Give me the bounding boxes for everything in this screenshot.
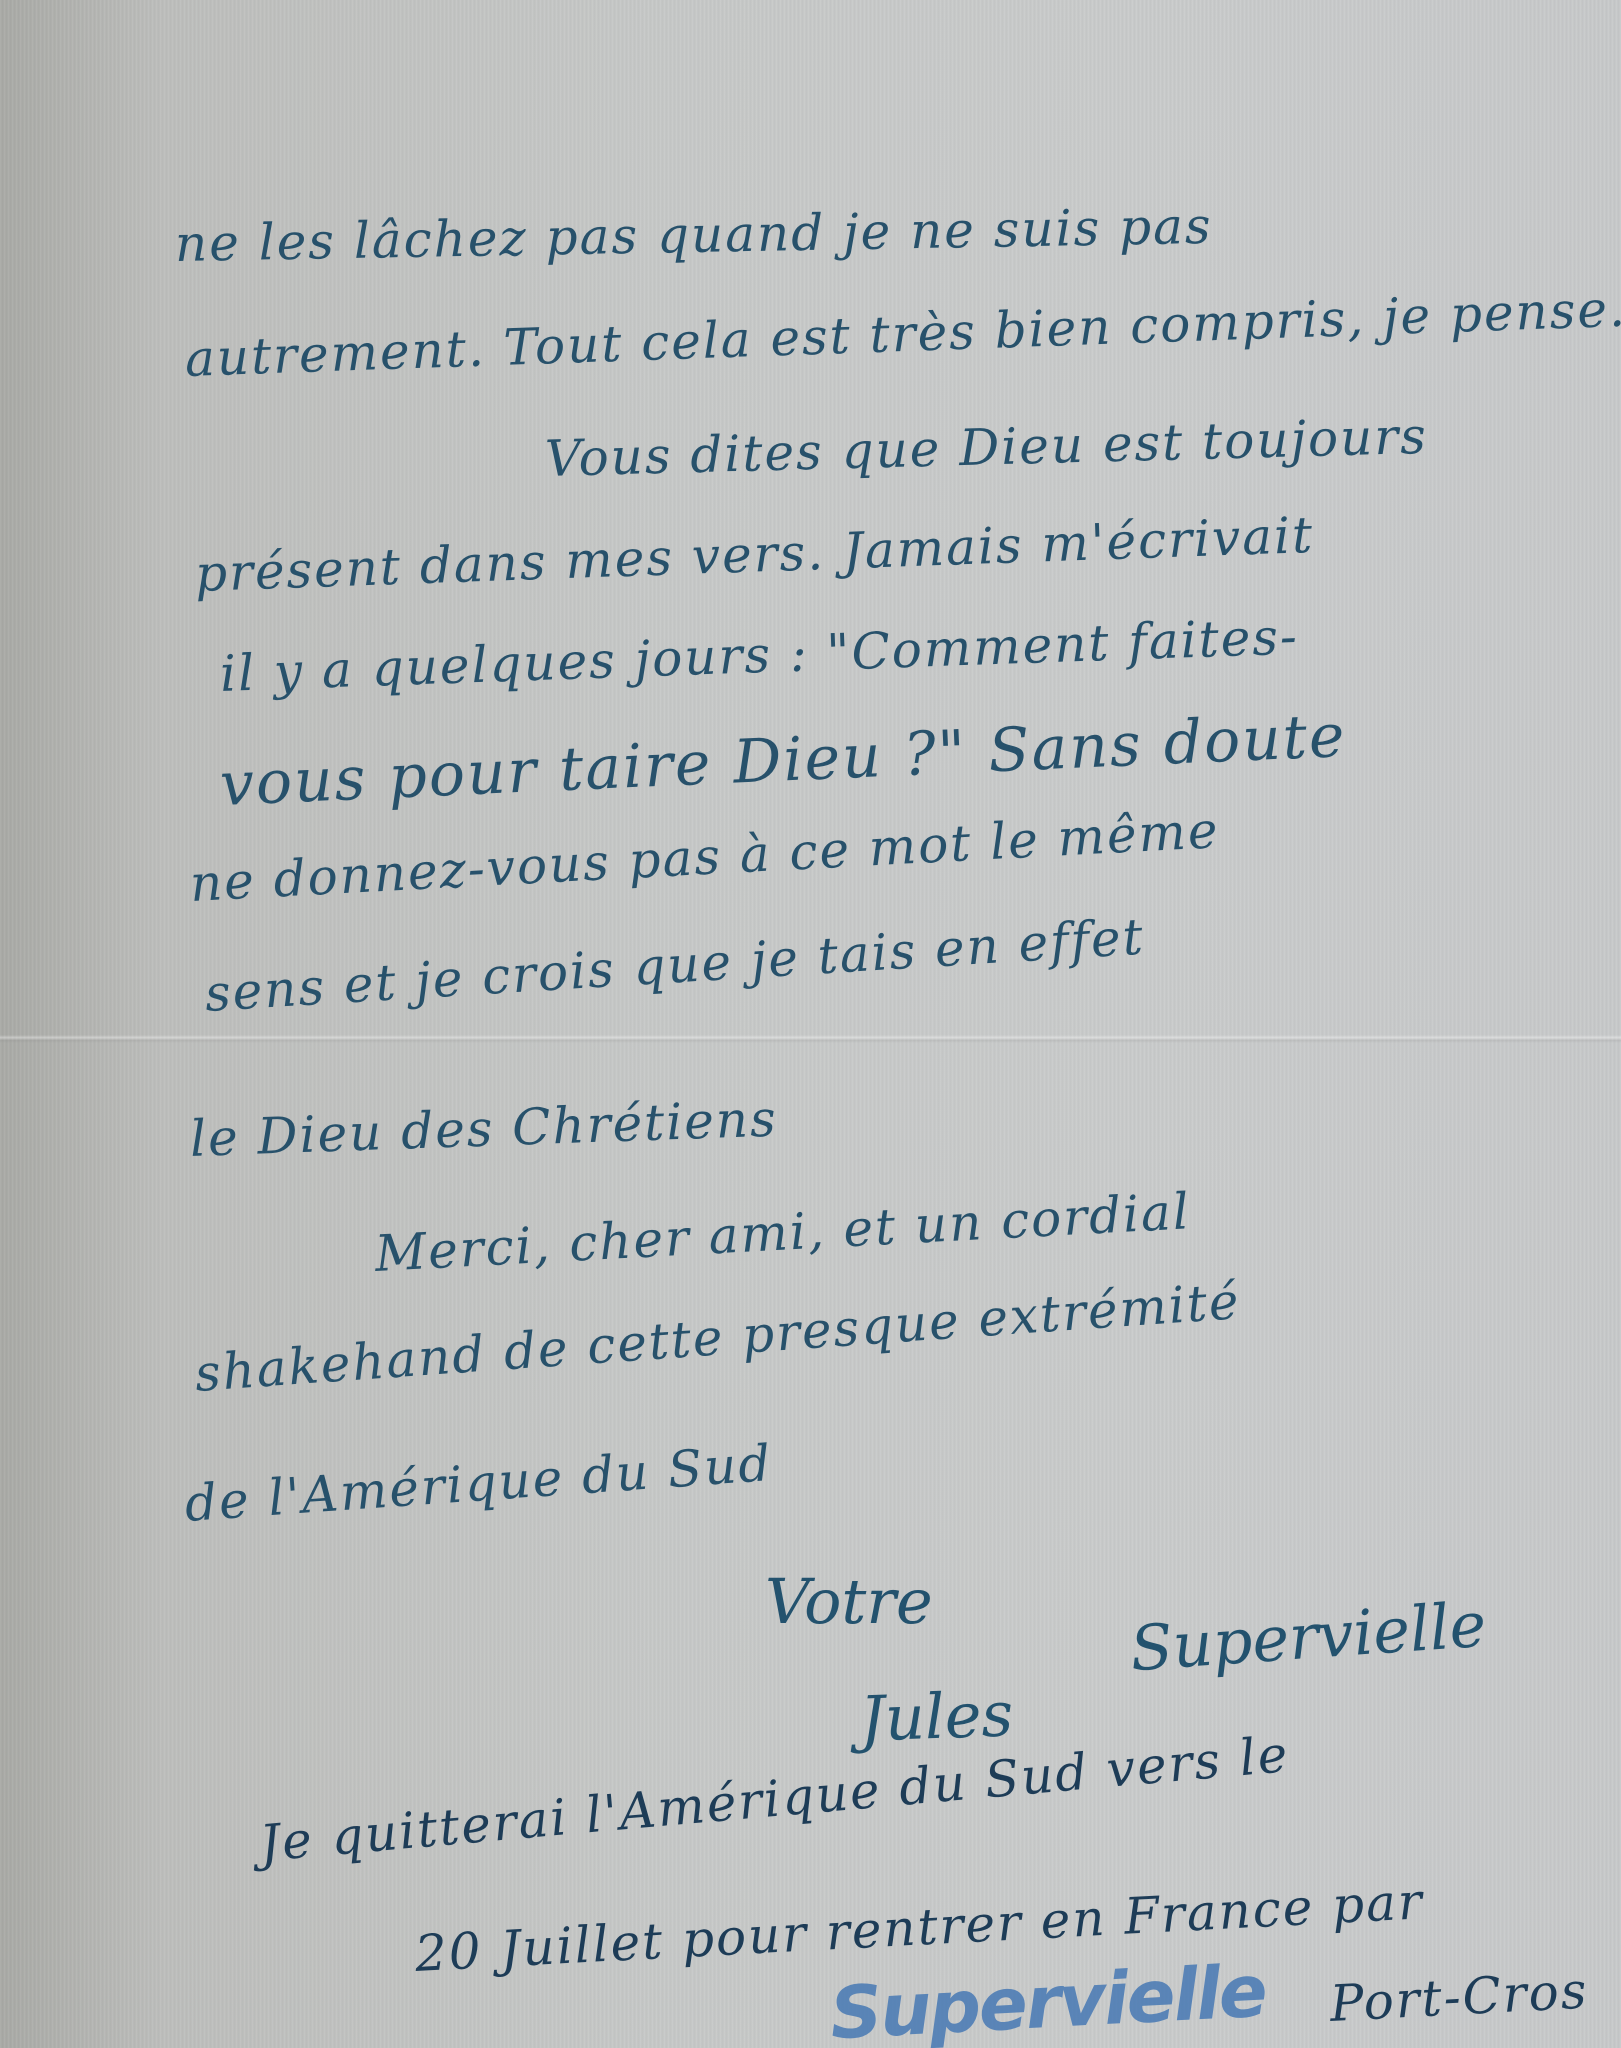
signature-stamp: Supervielle xyxy=(828,1949,1267,2048)
letter-line-12: de l'Amérique du Sud xyxy=(183,1434,774,1533)
letter-line-9: le Dieu des Chrétiens xyxy=(189,1090,779,1168)
letter-line-8: sens et je crois que je tais en effet xyxy=(203,908,1146,1023)
letter-line-11: shakehand de cette presque extrémité xyxy=(193,1272,1242,1403)
postscript-line-1: Je quitterai l'Amérique du Sud vers le xyxy=(257,1725,1291,1873)
signature-last-name: Supervielle xyxy=(1128,1588,1489,1686)
letter-line-7: ne donnez-vous pas à ce mot le même xyxy=(188,801,1220,913)
postscript-line-3: Port-Cros xyxy=(1328,1962,1589,2033)
letter-line-4: présent dans mes vers. Jamais m'écrivait xyxy=(194,506,1315,603)
letter-line-1: ne les lâchez pas quand je ne suis pas xyxy=(174,197,1213,273)
letter-line-6: vous pour taire Dieu ?" Sans doute xyxy=(218,701,1347,820)
letter-line-2: autrement. Tout cela est très bien compr… xyxy=(184,280,1621,388)
paper-fold xyxy=(0,1035,1621,1043)
letter-line-5: il y a quelques jours : "Comment faites- xyxy=(219,607,1300,703)
signature-first-name: Jules xyxy=(859,1677,1015,1755)
letter-line-3: Vous dites que Dieu est toujours xyxy=(544,407,1428,488)
letter-line-10: Merci, cher ami, et un cordial xyxy=(373,1182,1192,1283)
closing-salutation: Votre xyxy=(765,1565,933,1638)
letter-page: ne les lâchez pas quand je ne suis pas a… xyxy=(0,0,1621,2048)
